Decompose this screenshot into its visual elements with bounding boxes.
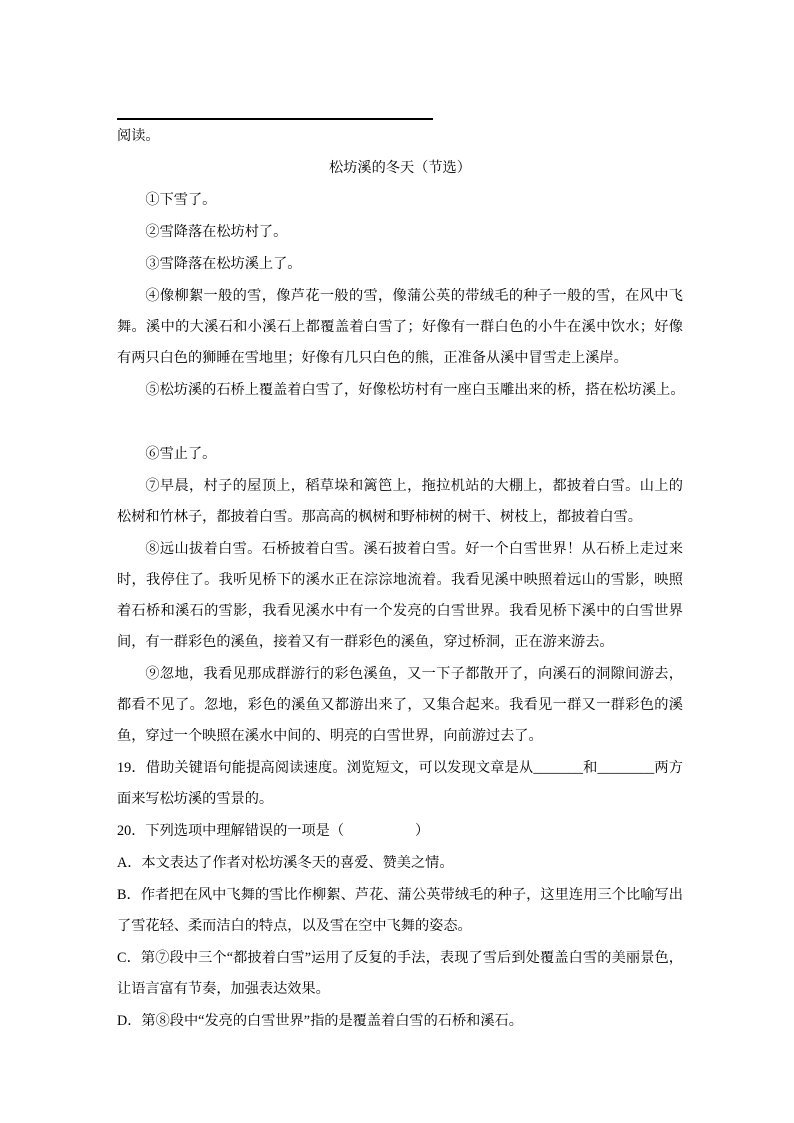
- passage-paragraph-3: ③雪降落在松坊溪上了。: [117, 249, 683, 280]
- reading-instruction: 阅读。: [117, 121, 683, 152]
- option-c: C．第⑦段中三个“都披着白雪”运用了反复的手法，表现了雪后到处覆盖白雪的美丽景色…: [117, 943, 683, 1005]
- question-19-text: 19．借助关键语句能提高阅读速度。浏览短文，可以发现文章是从: [117, 760, 533, 776]
- question-20: 20．下列选项中理解错误的一项是（ ）: [117, 816, 683, 847]
- passage-paragraph-6: ⑥雪止了。: [117, 439, 683, 470]
- empty-line: [117, 407, 683, 438]
- worksheet-page: 阅读。 松坊溪的冬天（节选） ①下雪了。 ②雪降落在松坊村了。 ③雪降落在松坊溪…: [0, 0, 794, 1123]
- passage-paragraph-4: ④像柳絮一般的雪，像芦花一般的雪，像蒲公英的带绒毛的种子一般的雪，在风中飞舞。溪…: [117, 281, 683, 374]
- question-19: 19．借助关键语句能提高阅读速度。浏览短文，可以发现文章是从_______和__…: [117, 753, 683, 815]
- passage-paragraph-8: ⑧远山拔着白雪。石桥披着白雪。溪石披着白雪。好一个白雪世界！从石桥上走过来时，我…: [117, 534, 683, 658]
- option-a: A．本文表达了作者对松坊溪冬天的喜爱、赞美之情。: [117, 848, 683, 879]
- passage-paragraph-1: ①下雪了。: [117, 185, 683, 216]
- option-b: B．作者把在风中飞舞的雪比作柳絮、芦花、蒲公英带绒毛的种子，这里连用三个比喻写出…: [117, 880, 683, 942]
- passage-title: 松坊溪的冬天（节选）: [117, 153, 683, 184]
- answer-blank-1: _______: [533, 760, 583, 776]
- divider-line: [117, 118, 433, 120]
- answer-blank-2: ________: [598, 760, 655, 776]
- passage-paragraph-9: ⑨忽地，我看见那成群游行的彩色溪鱼，又一下子都散开了，向溪石的洞隙间游去，都看不…: [117, 659, 683, 752]
- option-d: D．第⑧段中“发亮的白雪世界”指的是覆盖着白雪的石桥和溪石。: [117, 1006, 683, 1037]
- passage-paragraph-2: ②雪降落在松坊村了。: [117, 217, 683, 248]
- passage-paragraph-5: ⑤松坊溪的石桥上覆盖着白雪了，好像松坊村有一座白玉雕出来的桥，搭在松坊溪上。: [117, 375, 683, 406]
- passage-paragraph-7: ⑦早晨，村子的屋顶上，稻草垛和篱笆上，拖拉机站的大棚上，都披着白雪。山上的松树和…: [117, 471, 683, 533]
- question-19-connector: 和: [583, 760, 598, 776]
